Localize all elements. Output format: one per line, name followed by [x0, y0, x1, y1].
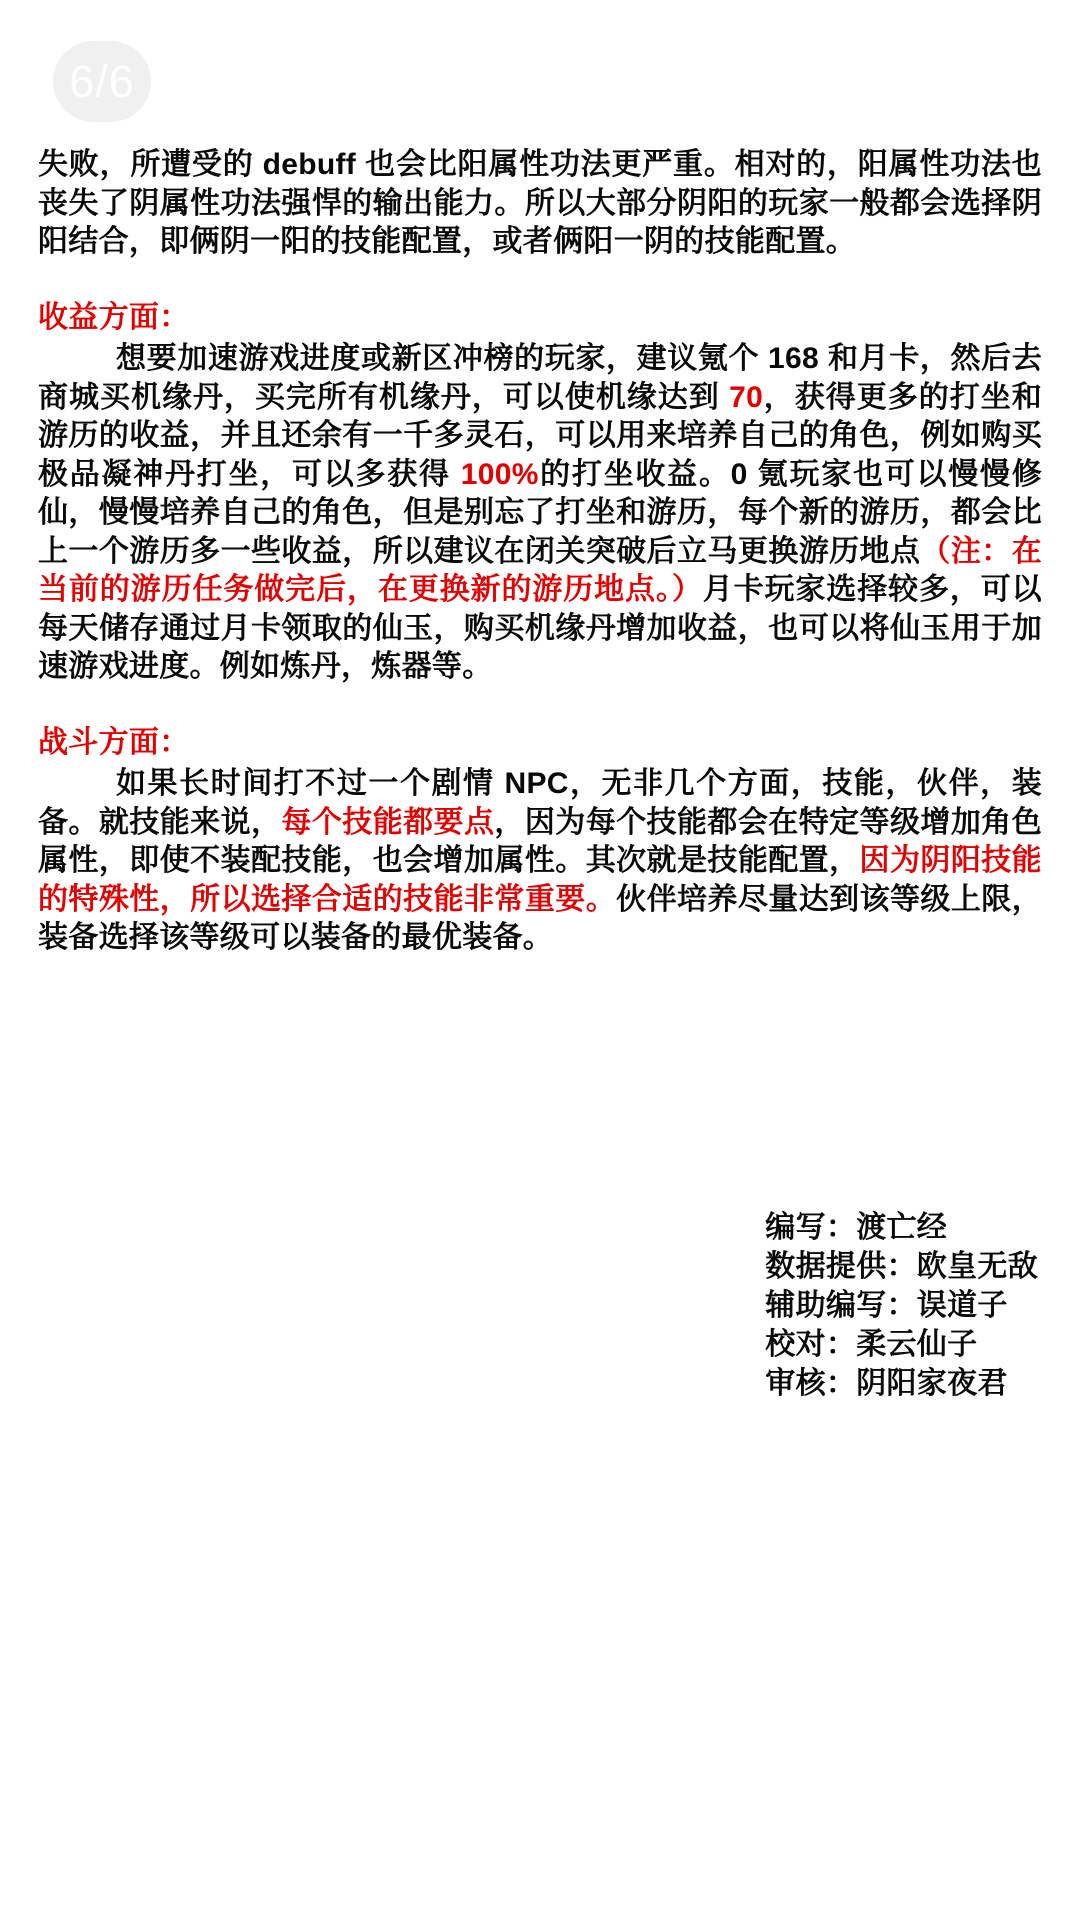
paragraph-intro: 失败，所遭受的 debuff 也会比阳属性功法更严重。相对的，阳属性功法也丧失了… — [38, 146, 1042, 262]
highlighted-text: 70 — [729, 381, 763, 414]
highlighted-text: 收益方面： — [38, 301, 190, 334]
credit-line-assistant: 辅助编写：误道子 — [765, 1286, 1038, 1325]
paragraph-combat: 如果长时间打不过一个剧情 NPC，无非几个方面，技能，伙伴，装备。就技能来说，每… — [38, 765, 1042, 958]
page-number-badge: 6/6 — [53, 41, 151, 122]
article-body: 失败，所遭受的 debuff 也会比阳属性功法更严重。相对的，阳属性功法也丧失了… — [38, 146, 1042, 1403]
highlighted-text: 每个技能都要点 — [281, 806, 494, 839]
credit-line-data: 数据提供：欧皇无敌 — [765, 1247, 1038, 1286]
credit-line-proofreader: 校对：柔云仙子 — [765, 1325, 1038, 1364]
paragraph-income: 想要加速游戏进度或新区冲榜的玩家，建议氪个 168 和月卡，然后去商城买机缘丹，… — [38, 340, 1042, 687]
section-heading-combat: 战斗方面： — [38, 724, 1042, 763]
section-heading-income: 收益方面： — [38, 299, 1042, 338]
credit-line-author: 编写：渡亡经 — [765, 1208, 1038, 1247]
body-text: 失败，所遭受的 debuff 也会比阳属性功法更严重。相对的，阳属性功法也丧失了… — [38, 148, 1042, 258]
credits-block: 编写：渡亡经 数据提供：欧皇无敌 辅助编写：误道子 校对：柔云仙子 审核：阴阳家… — [765, 1208, 1038, 1403]
highlighted-text: 100% — [461, 458, 539, 491]
highlighted-text: 战斗方面： — [38, 726, 190, 759]
credit-line-reviewer: 审核：阴阳家夜君 — [765, 1364, 1038, 1403]
document-page: 6/6 失败，所遭受的 debuff 也会比阳属性功法更严重。相对的，阳属性功法… — [0, 0, 1080, 1920]
